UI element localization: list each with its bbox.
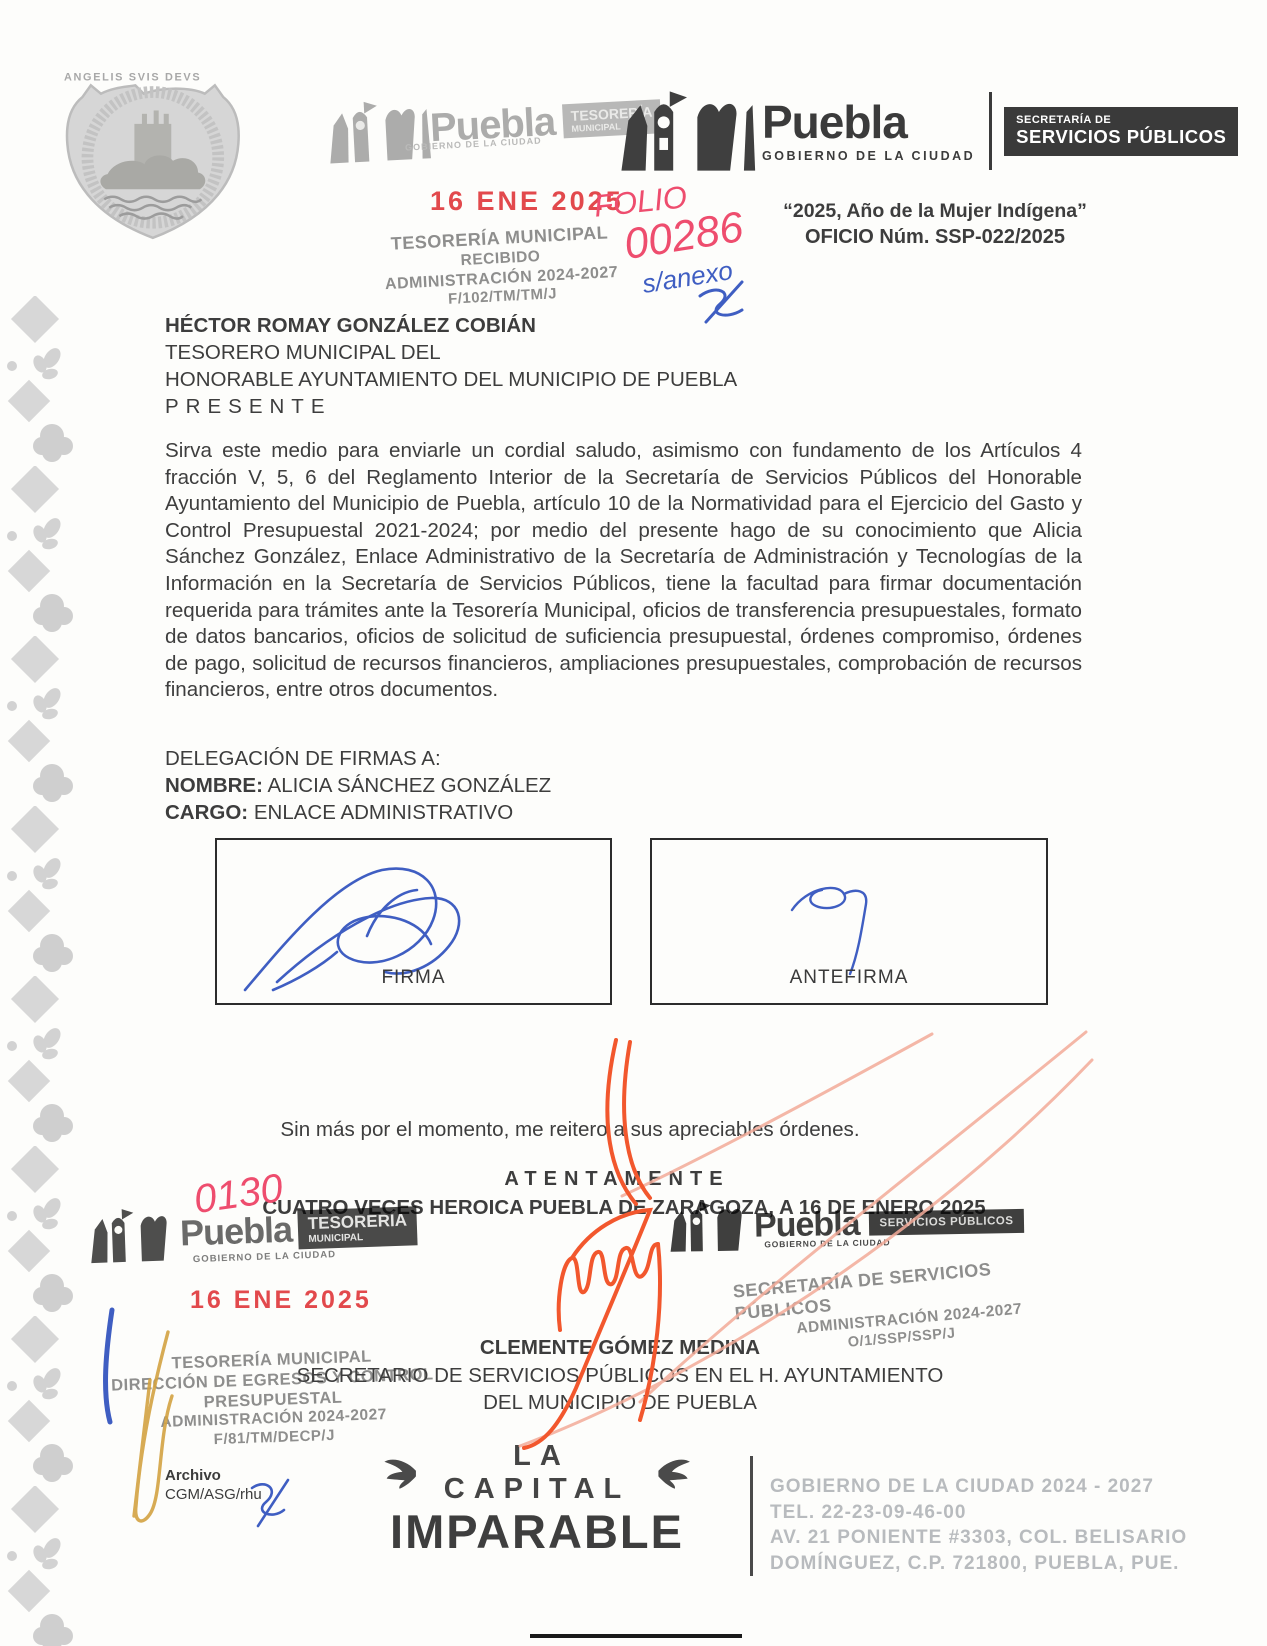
- contact-line: DOMÍNGUEZ, C.P. 721800, PUEBLA, PUE.: [770, 1551, 1187, 1577]
- treasury-stamp-bottom: Puebla TESORERÍA MUNICIPAL GOBIERNO DE L…: [87, 1190, 418, 1271]
- brand-wordmark: Puebla: [762, 99, 975, 145]
- signatory-title1: SECRETARIO DE SERVICIOS PÚBLICOS EN EL H…: [240, 1362, 1000, 1390]
- treasury-stamp-top: Puebla TESORERÍA MUNICIPAL GOBIERNO DE L…: [324, 77, 662, 172]
- puebla-header-logo: Puebla GOBIERNO DE LA CIUDAD SECRETARÍA …: [618, 84, 1238, 178]
- firma-box: FIRMA: [215, 838, 612, 1005]
- firma-label: FIRMA: [217, 967, 610, 989]
- slogan-line2: IMPARABLE: [382, 1504, 692, 1559]
- recipient-title2: HONORABLE AYUNTAMIENTO DEL MUNICIPIO DE …: [165, 366, 737, 393]
- delegation-block: DELEGACIÓN DE FIRMAS A: NOMBRE: ALICIA S…: [165, 745, 551, 827]
- services-stamp-badge: SERVICIOS PÚBLICOS: [869, 1209, 1023, 1236]
- year-legend: “2025, Año de la Mujer Indígena”: [780, 200, 1090, 223]
- delegation-name-value: ALICIA SÁNCHEZ GONZÁLEZ: [268, 774, 552, 797]
- archive-code: CGM/ASG/rhu: [165, 1485, 262, 1504]
- delegation-role-value: ENLACE ADMINISTRATIVO: [254, 801, 513, 824]
- received-date-stamp-bottom: 16 ENE 2025: [190, 1286, 372, 1315]
- puebla-skyline-icon: [87, 1199, 181, 1272]
- brand-divider: [989, 92, 992, 170]
- antefirma-label: ANTEFIRMA: [652, 967, 1046, 989]
- recipient-block: HÉCTOR ROMAY GONZÁLEZ COBIÁN TESORERO MU…: [165, 312, 737, 420]
- puebla-skyline-icon: [618, 84, 756, 178]
- signatory-title2: DEL MUNICIPIO DE PUEBLA: [240, 1389, 1000, 1417]
- puebla-skyline-icon: [324, 89, 432, 172]
- services-dept-stamp: SECRETARÍA DE SERVICIOS PÚBLICOS ADMINIS…: [732, 1255, 1048, 1362]
- slogan-line1: LA CAPITAL: [426, 1440, 647, 1506]
- brand-tagline: GOBIERNO DE LA CIUDAD: [762, 149, 975, 163]
- secretaria-badge: SECRETARÍA DE SERVICIOS PÚBLICOS: [1004, 107, 1238, 156]
- treasury-received-stamp: TESORERÍA MUNICIPAL RECIBIDO ADMINISTRAC…: [354, 220, 648, 314]
- contact-line: GOBIERNO DE LA CIUDAD 2024 - 2027: [770, 1474, 1187, 1500]
- delegation-heading: DELEGACIÓN DE FIRMAS A:: [165, 745, 551, 772]
- letter-body: Sirva este medio para enviarle un cordia…: [165, 438, 1082, 704]
- puebla-skyline-icon: [667, 1194, 754, 1259]
- services-stamp-bottom: Puebla SERVICIOS PÚBLICOS GOBIERNO DE LA…: [667, 1189, 1024, 1259]
- antefirma-box: ANTEFIRMA: [650, 838, 1048, 1005]
- services-stamp-tagline: GOBIERNO DE LA CIUDAD: [764, 1237, 890, 1249]
- delegation-name-label: NOMBRE:: [165, 774, 263, 797]
- puebla-coat-of-arms: ANGELIS SVIS DEVS: [64, 64, 240, 260]
- recipient-name: HÉCTOR ROMAY GONZÁLEZ COBIÁN: [165, 312, 737, 339]
- contact-line: AV. 21 PONIENTE #3303, COL. BELISARIO: [770, 1525, 1187, 1551]
- oficio-number: OFICIO Núm. SSP-022/2025: [780, 226, 1090, 249]
- footer-contact-block: GOBIERNO DE LA CIUDAD 2024 - 2027 TEL. 2…: [770, 1474, 1187, 1576]
- recipient-title1: TESORERO MUNICIPAL DEL: [165, 339, 737, 366]
- document-page: ANGELIS SVIS DEVS Puebla TESORERÍA: [0, 0, 1267, 1646]
- treasury-stamp-badge: TESORERÍA MUNICIPAL: [297, 1206, 417, 1249]
- header-legend-block: “2025, Año de la Mujer Indígena” OFICIO …: [780, 200, 1090, 249]
- wing-left-icon: [382, 1455, 418, 1491]
- wing-right-icon: [656, 1455, 692, 1491]
- atentamente: ATENTAMENTE: [234, 1168, 1000, 1191]
- capital-imparable-logo: LA CAPITAL IMPARABLE: [382, 1440, 692, 1559]
- archive-label: Archivo: [165, 1466, 262, 1485]
- bottom-page-mark: [530, 1634, 742, 1638]
- farewell-line: Sin más por el momento, me reitero a sus…: [250, 1118, 890, 1142]
- talavera-border-pattern: [0, 296, 82, 1646]
- delegation-role-label: CARGO:: [165, 801, 248, 824]
- recipient-present: PRESENTE: [165, 393, 737, 420]
- archive-note: Archivo CGM/ASG/rhu: [165, 1466, 262, 1504]
- treasury-stamp-wordmark: Puebla: [179, 1209, 292, 1255]
- crest-motto: ANGELIS SVIS DEVS: [64, 71, 201, 83]
- contact-line: TEL. 22-23-09-46-00: [770, 1500, 1187, 1526]
- footer-divider: [750, 1456, 753, 1576]
